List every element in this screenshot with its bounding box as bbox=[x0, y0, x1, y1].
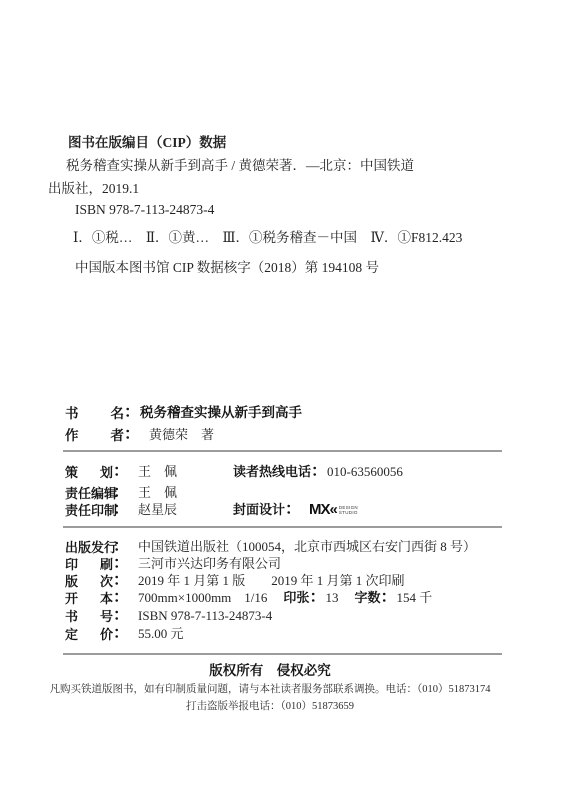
sheets-label: 印张 bbox=[283, 590, 309, 605]
print-supervisor-value: 赵星辰 bbox=[138, 502, 177, 517]
planner-row: 策划：王 佩 bbox=[65, 458, 177, 481]
cip-isbn: ISBN 978-7-113-24873-4 bbox=[75, 201, 214, 219]
mx-design-studio-logo: MX«DESIGNSTUDIO bbox=[309, 503, 358, 517]
colon: ： bbox=[113, 625, 129, 642]
book-author-row: 作者：黄德荣 著 bbox=[65, 421, 214, 444]
price-value: 55.00 元 bbox=[138, 626, 184, 641]
colon: ： bbox=[113, 463, 129, 480]
words-value: 154 千 bbox=[396, 590, 432, 605]
cip-entry-line1: 税务稽查实操从新手到高手 / 黄德荣著．—北京：中国铁道 bbox=[66, 157, 414, 175]
cover-design-row: 封面设计：MX«DESIGNSTUDIO bbox=[233, 496, 358, 519]
separator-line-1 bbox=[63, 450, 502, 452]
sheets-value: 13 bbox=[325, 590, 338, 605]
separator-line-2 bbox=[63, 526, 502, 528]
cip-registry: 中国版本图书馆 CIP 数据核字（2018）第 194108 号 bbox=[75, 259, 379, 277]
book-title-label: 书名 bbox=[65, 402, 124, 422]
words-label: 字数 bbox=[354, 590, 380, 605]
colon: ： bbox=[124, 426, 140, 443]
mx-logo-subtext: DESIGNSTUDIO bbox=[339, 505, 358, 515]
colon: ： bbox=[285, 501, 301, 518]
book-author-label: 作者 bbox=[65, 424, 124, 444]
cip-entry-line2: 出版社，2019.1 bbox=[48, 180, 139, 198]
print-supervisor-row: 责任印制：赵星辰 bbox=[65, 496, 177, 519]
planner-value: 王 佩 bbox=[138, 464, 177, 479]
copyright-notice: 版权所有 侵权必究 bbox=[45, 659, 495, 679]
colon: ： bbox=[113, 501, 129, 518]
price-row: 定价：55.00 元 bbox=[65, 620, 184, 643]
cip-heading: 图书在版编目（CIP）数据 bbox=[68, 134, 226, 152]
book-title-value: 税务稽查实操从新手到高手 bbox=[140, 405, 302, 420]
hotline-label: 读者热线电话 bbox=[233, 464, 311, 479]
separator-line-3 bbox=[63, 653, 502, 655]
hotline-value: 010-63560056 bbox=[327, 464, 403, 479]
book-author-value: 黄德荣 著 bbox=[149, 427, 214, 442]
mx-logo-sub2: STUDIO bbox=[339, 510, 358, 515]
cover-design-label: 封面设计 bbox=[233, 502, 285, 517]
cip-classification: Ⅰ．①税… Ⅱ．①黄… Ⅲ．①税务稽查－中国 Ⅳ．①F812.423 bbox=[73, 229, 462, 247]
colon: ： bbox=[380, 589, 396, 606]
price-label: 定价 bbox=[65, 624, 113, 643]
colon: ： bbox=[124, 404, 140, 421]
print-supervisor-label: 责任印制 bbox=[65, 500, 113, 519]
piracy-report-note: 打击盗版举报电话：（010）51873659 bbox=[45, 698, 495, 713]
hotline-row: 读者热线电话：010-63560056 bbox=[233, 458, 403, 481]
quality-note: 凡购买铁道版图书，如有印制质量问题，请与本社读者服务部联系调换。电话：（010）… bbox=[45, 681, 495, 696]
colon: ： bbox=[309, 589, 325, 606]
copyright-page: 图书在版编目（CIP）数据 税务稽查实操从新手到高手 / 黄德荣著．—北京：中国… bbox=[0, 0, 566, 799]
mx-logo-text: MX« bbox=[309, 503, 337, 517]
book-title-row: 书名：税务稽查实操从新手到高手 bbox=[65, 399, 302, 422]
colon: ： bbox=[311, 463, 327, 480]
